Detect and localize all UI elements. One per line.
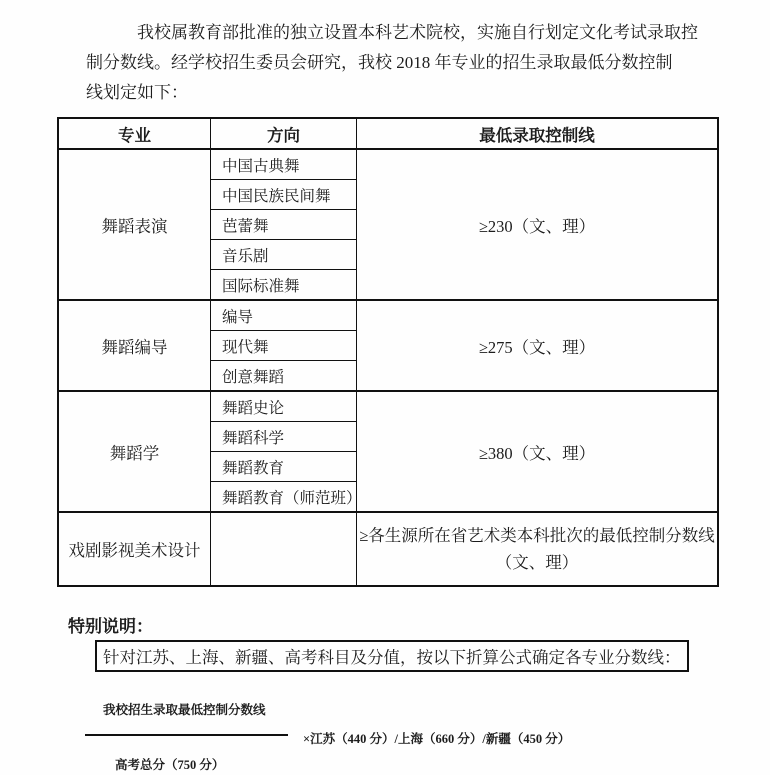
table-row: 戏剧影视美术设计 ≥各生源所在省艺术类本科批次的最低控制分数线 （文、理）	[58, 512, 718, 586]
formula-denominator: 高考总分（750 分）	[115, 755, 224, 773]
score-line-1: ≥各生源所在省艺术类本科批次的最低控制分数线	[357, 522, 717, 549]
intro-line-2: 制分数线。经学校招生委员会研究，我校 2018 年专业的招生录取最低分数控制	[86, 48, 726, 78]
direction-cell: 舞蹈史论	[211, 391, 357, 422]
score-line-2: （文、理）	[357, 549, 717, 576]
major-dance-choreography: 舞蹈编导	[58, 300, 211, 391]
intro-paragraph: 我校属教育部批准的独立设置本科艺术院校，实施自行划定文化考试录取控 制分数线。经…	[86, 18, 726, 108]
special-note-title: 特别说明：	[68, 612, 153, 637]
table-row: 舞蹈编导 编导 ≥275（文、理）	[58, 300, 718, 331]
major-dance-performance: 舞蹈表演	[58, 149, 211, 300]
special-note-boxed-text: 针对江苏、上海、新疆、高考科目及分值，按以下折算公式确定各专业分数线：	[95, 640, 689, 672]
fraction-bar	[85, 734, 288, 736]
direction-cell: 音乐剧	[211, 240, 357, 270]
score-cell: ≥230（文、理）	[357, 149, 719, 300]
header-direction: 方向	[211, 118, 357, 149]
table-row: 舞蹈表演 中国古典舞 ≥230（文、理）	[58, 149, 718, 180]
formula-multiplier: ×江苏（440 分）/上海（660 分）/新疆（450 分）	[303, 729, 570, 747]
direction-cell: 现代舞	[211, 331, 357, 361]
direction-cell: 创意舞蹈	[211, 361, 357, 392]
table-header-row: 专业 方向 最低录取控制线	[58, 118, 718, 149]
header-score: 最低录取控制线	[357, 118, 719, 149]
header-major: 专业	[58, 118, 211, 149]
formula-numerator: 我校招生录取最低控制分数线	[103, 700, 266, 718]
intro-line-1: 我校属教育部批准的独立设置本科艺术院校，实施自行划定文化考试录取控	[86, 18, 726, 48]
direction-cell: 舞蹈教育	[211, 452, 357, 482]
direction-cell: 国际标准舞	[211, 270, 357, 301]
score-cell: ≥各生源所在省艺术类本科批次的最低控制分数线 （文、理）	[357, 512, 719, 586]
admission-score-table: 专业 方向 最低录取控制线 舞蹈表演 中国古典舞 ≥230（文、理） 中国民族民…	[57, 117, 719, 587]
score-cell: ≥275（文、理）	[357, 300, 719, 391]
direction-cell: 中国古典舞	[211, 149, 357, 180]
direction-cell: 芭蕾舞	[211, 210, 357, 240]
table-row: 舞蹈学 舞蹈史论 ≥380（文、理）	[58, 391, 718, 422]
intro-line-3: 线划定如下：	[86, 78, 726, 108]
major-dance-studies: 舞蹈学	[58, 391, 211, 512]
direction-cell: 舞蹈教育（师范班）	[211, 482, 357, 513]
major-theatre-film-art-design: 戏剧影视美术设计	[58, 512, 211, 586]
direction-cell-empty	[211, 512, 357, 586]
score-cell: ≥380（文、理）	[357, 391, 719, 512]
direction-cell: 舞蹈科学	[211, 422, 357, 452]
document-page: 我校属教育部批准的独立设置本科艺术院校，实施自行划定文化考试录取控 制分数线。经…	[0, 0, 770, 775]
direction-cell: 编导	[211, 300, 357, 331]
direction-cell: 中国民族民间舞	[211, 180, 357, 210]
